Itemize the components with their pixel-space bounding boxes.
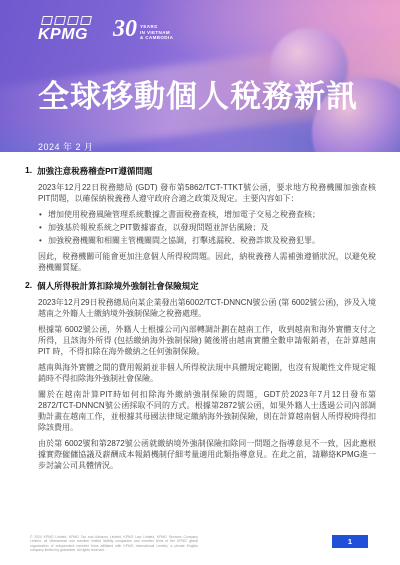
copyright-notice: © 2024 KPMG Limited, KPMG Tax and Adviso… xyxy=(30,535,198,553)
section-1-bullet-list: 增加使用稅務風險管理系統數據之書面稅務查核，增加電子交易之稅務查核； 加強基於報… xyxy=(38,209,376,246)
section-1-intro-paragraph: 2023年12月22日稅務總局 (GDT) 發布第5862/TCT-TTKT號公… xyxy=(38,182,376,204)
section-2: 2. 個人所得稅計算扣除境外強制社會保險規定 2023年12月29日稅務總局向某… xyxy=(25,280,376,471)
kpmg-logo-text: KPMG xyxy=(38,26,91,44)
page-number-badge: 1 xyxy=(332,535,368,548)
document-page: KPMG 30 YEARS IN VIETNAM & CAMBODIA 全球移動… xyxy=(0,0,400,565)
section-1: 1. 加強注意稅務稽查PIT遵循問題 2023年12月22日稅務總局 (GDT)… xyxy=(25,165,376,273)
anniversary-caption: YEARS IN VIETNAM & CAMBODIA xyxy=(140,24,173,41)
section-2-paragraph-1: 2023年12月29日稅務總局向某企業發出第6002/TCT-DNNCN號公函 … xyxy=(38,297,376,319)
header-banner: KPMG 30 YEARS IN VIETNAM & CAMBODIA 全球移動… xyxy=(0,0,400,152)
logo-row: KPMG 30 YEARS IN VIETNAM & CAMBODIA xyxy=(38,16,380,44)
page-footer: © 2024 KPMG Limited, KPMG Tax and Adviso… xyxy=(30,535,368,553)
publication-date: 2024 年 2 月 xyxy=(38,140,380,152)
page-title: 全球移動個人稅務新訊 xyxy=(38,71,380,116)
section-2-heading: 2. 個人所得稅計算扣除境外強制社會保險規定 xyxy=(25,280,376,292)
section-1-title: 加強注意稅務稽查PIT遵循問題 xyxy=(37,165,152,177)
anniversary-30-years-logo: 30 YEARS IN VIETNAM & CAMBODIA xyxy=(113,18,173,41)
section-1-bullet-2: 加強基於報稅系統之PIT數據審查，以發現問題並評估風險；及 xyxy=(38,222,376,233)
anniversary-number: 30 xyxy=(113,18,137,40)
section-1-number: 1. xyxy=(25,165,32,177)
section-1-bullet-1: 增加使用稅務風險管理系統數據之書面稅務查核，增加電子交易之稅務查核； xyxy=(38,209,376,220)
section-2-number: 2. xyxy=(25,280,32,292)
document-body: 1. 加強注意稅務稽查PIT遵循問題 2023年12月22日稅務總局 (GDT)… xyxy=(0,152,400,471)
section-1-closing-paragraph: 因此，稅務機關可能會更加注意個人所得稅問題。因此，納稅義務人需補強遵循狀況，以避… xyxy=(38,251,376,273)
section-1-bullet-3: 加強稅務機關和相關主管機關間之協調，打擊逃漏稅、稅務詐欺及稅務犯罪。 xyxy=(38,235,376,246)
section-1-heading: 1. 加強注意稅務稽查PIT遵循問題 xyxy=(25,165,376,177)
section-2-paragraph-2: 根據第 6002號公函，外籍人士根據公司內部轉調計劃在越南工作，收到越南和海外實… xyxy=(38,324,376,357)
anniversary-caption-line3: & CAMBODIA xyxy=(140,35,173,41)
section-2-paragraph-3: 越南與海外實體之間的費用報銷並非個人所得稅法規中具體規定範圍，也沒有規範性文件規… xyxy=(38,362,376,384)
kpmg-logo: KPMG xyxy=(38,16,91,44)
section-2-title: 個人所得稅計算扣除境外強制社會保險規定 xyxy=(37,280,199,292)
section-2-paragraph-4: 關於在越南計算PIT時如何扣除海外繳納強制保險的問題，GDT於2023年7月12… xyxy=(38,389,376,433)
kpmg-logo-squares-icon xyxy=(42,16,91,25)
section-2-paragraph-5: 由於第 6002號和第2872號公函就繳納境外強制保險扣除同一問題之指導意見不一… xyxy=(38,438,376,471)
